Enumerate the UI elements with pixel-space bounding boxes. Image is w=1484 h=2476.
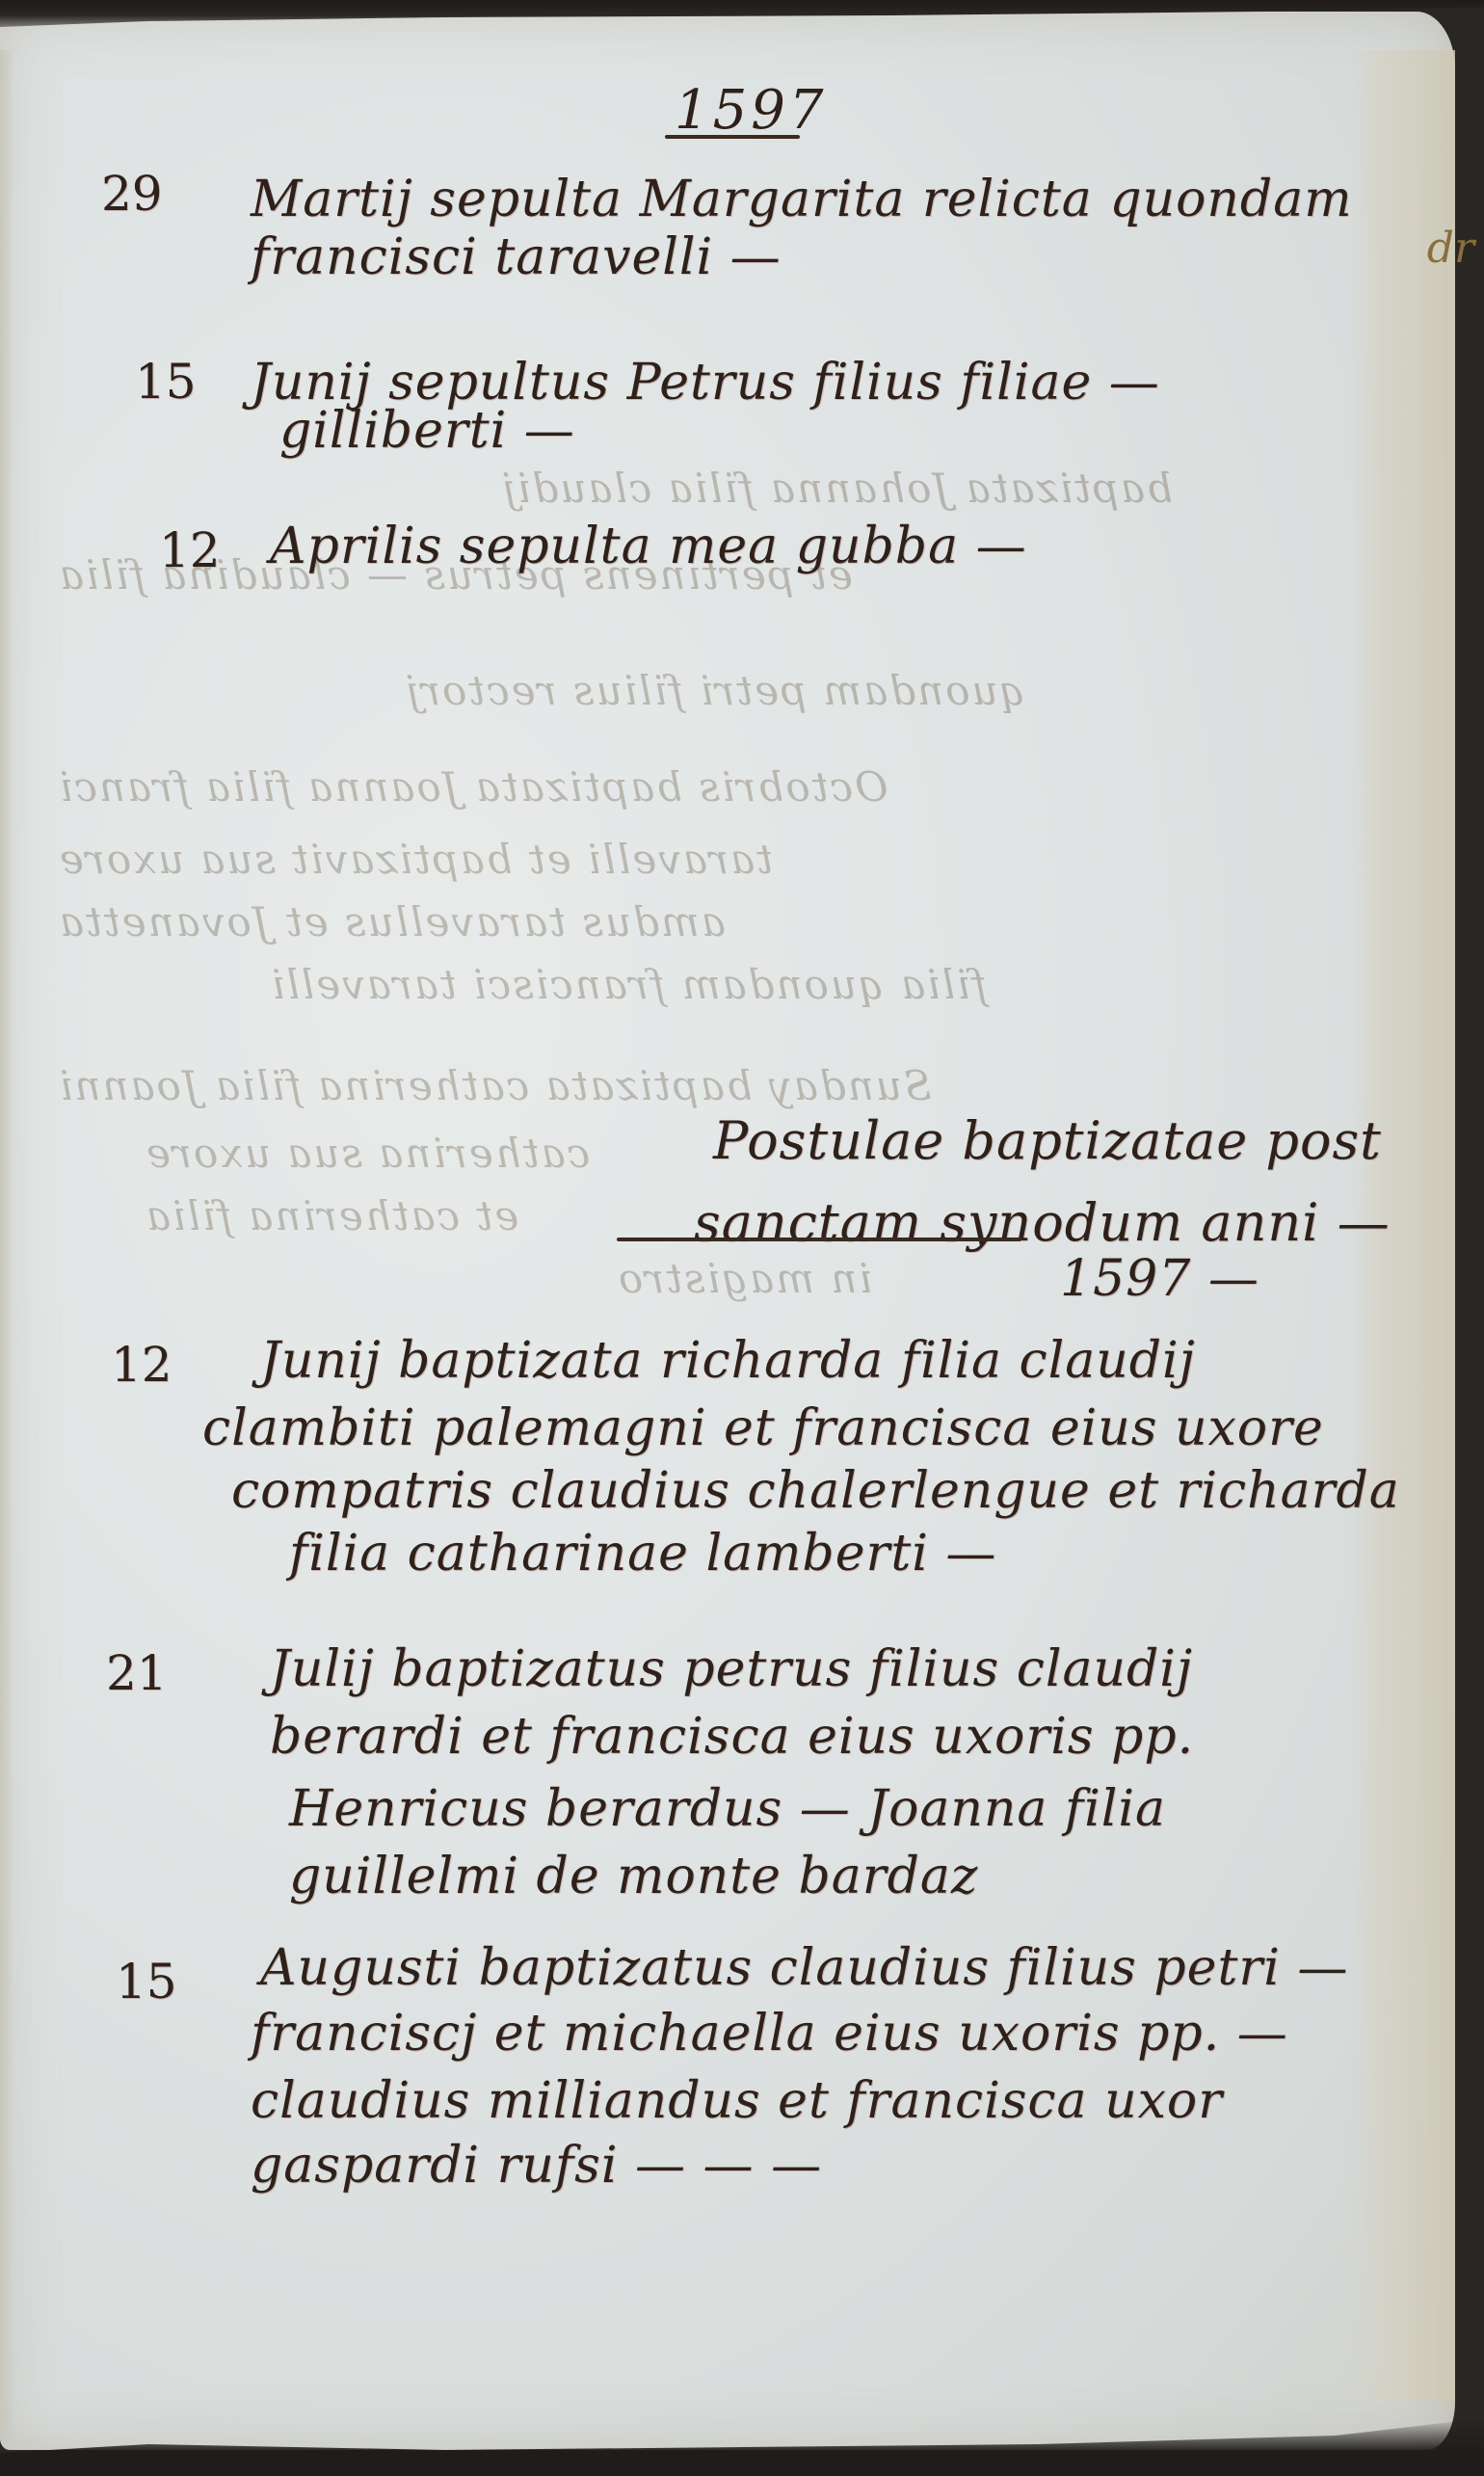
year-header: 1597: [675, 79, 828, 142]
entry-line: gaspardi rufsi — — —: [251, 2137, 822, 2195]
bleed-through-text: Sunday baptizata catherina filia Joanni: [58, 1062, 932, 1109]
heading-underline: [617, 1238, 1021, 1241]
entry-line: Julij baptizatus petrus filius claudij: [270, 1640, 1193, 1698]
entry-day: 12: [111, 1337, 172, 1393]
entry-day: 15: [116, 1954, 177, 2010]
entry-line: Henricus berardus — Joanna filia: [289, 1780, 1166, 1838]
margin-note: dr: [1427, 224, 1474, 273]
entry-line: franciscj et michaella eius uxoris pp. —: [251, 2005, 1288, 2063]
entry-line: claudius milliandus et francisca uxor: [251, 2072, 1223, 2130]
year-underline: [665, 135, 800, 139]
bleed-through-text: taravelli et baptizavit sua uxore: [58, 836, 773, 883]
entry-line: Junij baptizata richarda filia claudij: [260, 1332, 1196, 1390]
manuscript-page: baptizata Johanna filia claudij et perti…: [0, 12, 1455, 2450]
entry-line: Martij sepulta Margarita relicta quondam: [251, 171, 1353, 228]
entry-line: berardi et francisca eius uxoris pp.: [270, 1708, 1194, 1766]
entry-line: clambiti palemagni et francisca eius uxo…: [202, 1399, 1324, 1457]
entry-line: filia catharinae lamberti —: [289, 1525, 996, 1583]
section-heading-line: Postulae baptizatae post: [713, 1110, 1382, 1171]
bleed-through-text: quondam petri filius rectorj: [405, 667, 1025, 714]
bleed-through-text: et catherina filia: [145, 1192, 518, 1239]
bleed-through-text: amdus taravellus et Jovanetta: [58, 898, 726, 945]
entry-day: 21: [106, 1645, 168, 1701]
bleed-through-text: catherina sua uxore: [145, 1130, 590, 1177]
entry-line: guillelmi de monte bardaz: [289, 1848, 978, 1905]
entry-line: Augusti baptizatus claudius filius petri…: [260, 1939, 1348, 1997]
entry-line: francisci taravelli —: [251, 228, 782, 286]
entry-day: 29: [101, 166, 163, 222]
entry-line: gilliberti —: [279, 402, 575, 460]
section-heading-line: sanctam synodum anni —: [694, 1192, 1391, 1253]
entry-line: compatris claudius chalerlengue et richa…: [231, 1462, 1400, 1520]
entry-line: Aprilis sepulta mea gubba —: [270, 518, 1027, 575]
bleed-through-text: Octobris baptizata Joanna filia franci: [58, 763, 888, 811]
entry-day: 15: [135, 354, 197, 410]
entry-day: 12: [159, 522, 221, 578]
section-heading-year: 1597 —: [1060, 1250, 1259, 1308]
page-fold-shadow: [0, 50, 13, 2440]
bleed-through-text: filia quondam francisci taravelli: [270, 961, 987, 1008]
bleed-through-text: baptizata Johanna filia claudij: [501, 465, 1173, 512]
bleed-through-text: in magistro: [617, 1255, 872, 1302]
